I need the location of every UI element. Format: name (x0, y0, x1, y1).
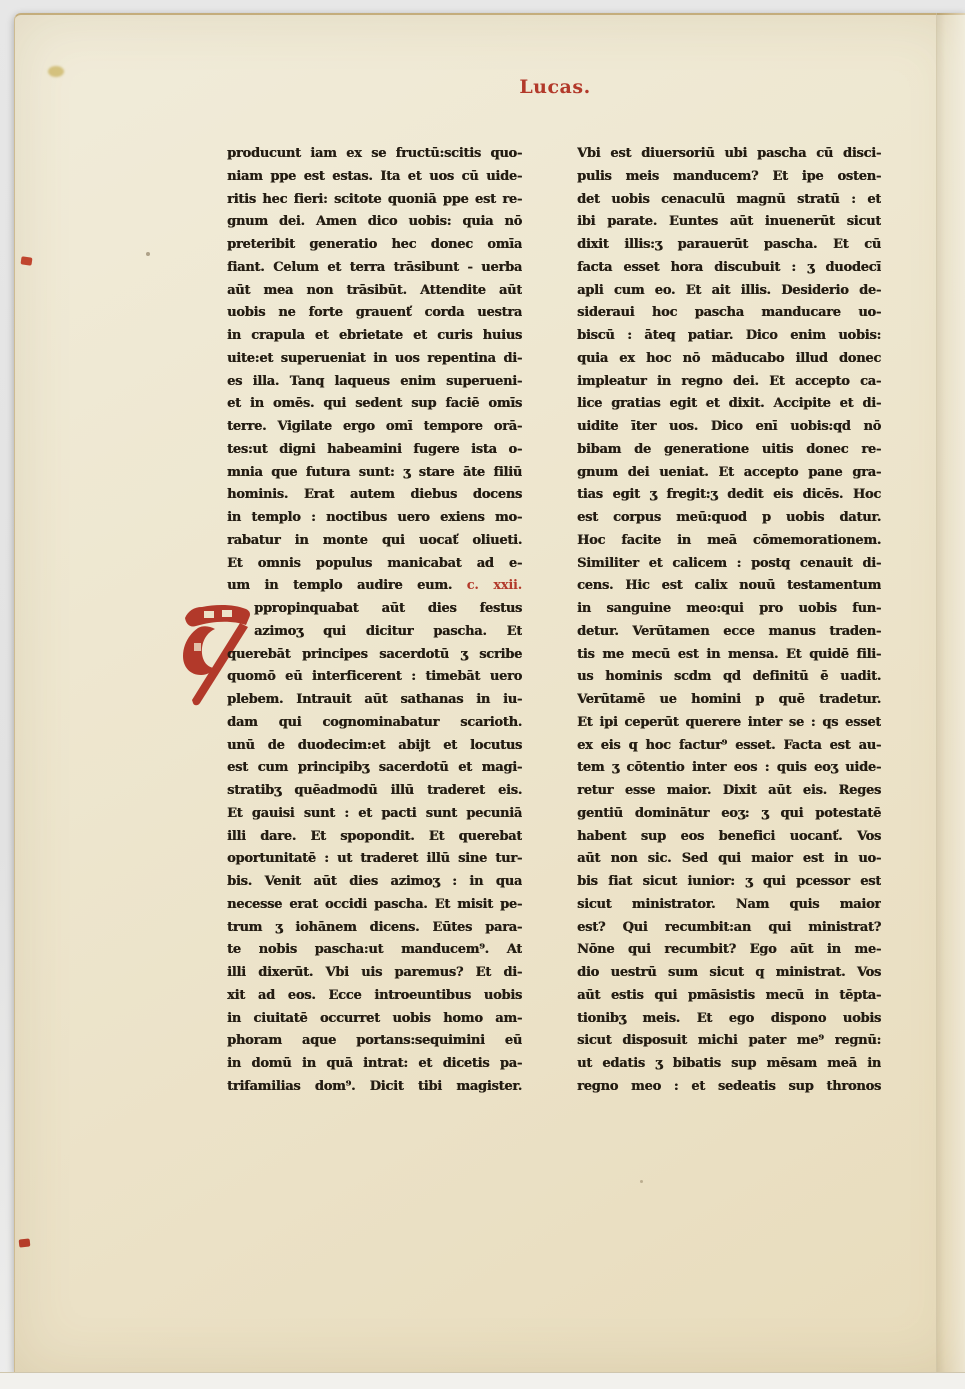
text-line: Et omnis populus manicabat ad e- (227, 553, 522, 576)
text-line: ex eis q hoc factur⁹ esset. Facta est au… (577, 735, 881, 758)
running-header-lucas: Lucas. (500, 76, 610, 98)
text-line: oportunitatē : ut traderet illū sine tur… (227, 848, 522, 871)
text-line: hominis. Erat autem diebus docens (227, 484, 522, 507)
text-line: uite:et superueniat in uos repentina di- (227, 348, 522, 371)
text-line: regno meo : et sedeatis sup thronos (577, 1076, 881, 1099)
text-column-right: Vbi est diuersoriū ubi pascha cū disci-p… (577, 143, 881, 1099)
text-line: et in omēs. qui sedent sup faciē omīs (227, 393, 522, 416)
text-line: dam qui cognominabatur scarioth. (227, 712, 522, 735)
chapter-marker: c. xxii. (452, 578, 522, 593)
text-line: in domū in quā intrat: et dicetis pa- (227, 1053, 522, 1076)
text-line: dio uestrū sum sicut q ministrat. Vos (577, 962, 881, 985)
foxing-speck (146, 252, 150, 256)
text-line: trifamilias dom⁹. Dicit tibi magister. (227, 1076, 522, 1099)
text-line: preteribit generatio hec donec omīa (227, 234, 522, 257)
text-line: tis me mecū est in mensa. Et quidē fili- (577, 644, 881, 667)
text-line: aūt estis qui pmāsistis mecū in tēpta- (577, 985, 881, 1008)
text-line: apli cum eo. Et ait illis. Desiderio de- (577, 280, 881, 303)
text-line: gnum dei ueniat. Et accepto pane gra- (577, 462, 881, 485)
text-line: in sanguine meo:qui pro uobis fun- (577, 598, 881, 621)
red-edge-mark-bottom (19, 1238, 31, 1247)
text-line: bis. Venit aūt dies azimoʒ : in qua (227, 871, 522, 894)
text-line: det uobis cenaculū magnū stratū : et (577, 189, 881, 212)
text-line: Verūtamē ue homini p quē tradetur. (577, 689, 881, 712)
text-line: Et ipi ceperūt querere inter se : qs ess… (577, 712, 881, 735)
text-line: Et gauisi sunt : et pacti sunt pecuniā (227, 803, 522, 826)
text-line: unū de duodecim:et abijt et locutus (227, 735, 522, 758)
text-line: cens. Hic est calix nouū testamentum (577, 575, 881, 598)
text-line: lice gratias egit et dixit. Accipite et … (577, 393, 881, 416)
text-line: azimoʒ qui dicitur pascha. Et (227, 621, 522, 644)
text-line: ut edatis ʒ bibatis sup mēsam meā in (577, 1053, 881, 1076)
text-line: fiant. Celum et terra trāsibunt - uerba (227, 257, 522, 280)
text-line: tias egit ʒ fregit:ʒ dedit eis dicēs. Ho… (577, 484, 881, 507)
text-line: Similiter et calicem : postq cenauit di- (577, 553, 881, 576)
text-line: necesse erat occidi pascha. Et misit pe- (227, 894, 522, 917)
text-line: quomō eū interficerent : timebāt uero (227, 666, 522, 689)
text-line: tes:ut digni habeamini fugere ista o- (227, 439, 522, 462)
text-line: Hoc facite in meā cōmemorationem. (577, 530, 881, 553)
text-line: uobis ne forte grauenť corda uestra (227, 302, 522, 325)
text-line: mnia que futura sunt: ʒ stare āte filiū (227, 462, 522, 485)
text-line: quia ex hoc nō māducabo illud donec (577, 348, 881, 371)
text-line: rabatur in monte qui uocať oliueti. (227, 530, 522, 553)
text-line: gentiū dominātur eoʒ: ʒ qui potestatē (577, 803, 881, 826)
text-line: est cum principibʒ sacerdotū et magi- (227, 757, 522, 780)
text-line: niam ppe est estas. Ita et uos cū uide- (227, 166, 522, 189)
text-line: retur esse maior. Dixit aūt eis. Reges (577, 780, 881, 803)
text-line: phoram aque portans:sequimini eū (227, 1030, 522, 1053)
text-line: in templo : noctibus uero exiens mo- (227, 507, 522, 530)
scan-backdrop: Lucas. A producunt iam ex se fructū:scit… (0, 0, 965, 1389)
text-line: aūt non sic. Sed qui maior est in uo- (577, 848, 881, 871)
text-line: impleatur in regno dei. Et accepto ca- (577, 371, 881, 394)
text-line: illi dare. Et spopondit. Et querebat (227, 826, 522, 849)
text-line: um in templo audire eum. c. xxii. (227, 575, 522, 598)
text-line: biscū : āteq patiar. Dico enim uobis: (577, 325, 881, 348)
text-line: gnum dei. Amen dico uobis: quia nō (227, 211, 522, 234)
text-line: es illa. Tanq laqueus enim superueni- (227, 371, 522, 394)
text-line: in ciuitatē occurret uobis homo am- (227, 1008, 522, 1031)
text-line: ritis hec fieri: scitote quoniā ppe est … (227, 189, 522, 212)
text-line: stratibʒ quēadmodū illū traderet eis. (227, 780, 522, 803)
page-right-edge (936, 13, 965, 1373)
text-column-left: producunt iam ex se fructū:scitis quo-ni… (227, 143, 522, 1099)
text-line: ibi parate. Euntes aūt inuenerūt sicut (577, 211, 881, 234)
text-line: habent sup eos benefici uocanť. Vos (577, 826, 881, 849)
text-line: producunt iam ex se fructū:scitis quo- (227, 143, 522, 166)
text-line: Nōne qui recumbit? Ego aūt in me- (577, 939, 881, 962)
text-line: Vbi est diuersoriū ubi pascha cū disci- (577, 143, 881, 166)
text-line: us hominis scdm qd definitū ē uadit. (577, 666, 881, 689)
text-line: xit ad eos. Ecce introeuntibus uobis (227, 985, 522, 1008)
text-line: facta esset hora discubuit : ʒ duodecī (577, 257, 881, 280)
text-line: detur. Verūtamen ecce manus traden- (577, 621, 881, 644)
text-line: pulis meis manducem? Et ipe osten- (577, 166, 881, 189)
text-line: est corpus meū:quod p uobis datur. (577, 507, 881, 530)
text-line: plebem. Intrauit aūt sathanas in iu- (227, 689, 522, 712)
text-line: sideraui hoc pascha manducare uo- (577, 302, 881, 325)
text-line: bis fiat sicut iunior: ʒ qui pcessor est (577, 871, 881, 894)
text-line: terre. Vigilate ergo omī tempore orā- (227, 416, 522, 439)
vellum-stain (48, 66, 64, 77)
backdrop-bottom-strip (0, 1372, 965, 1389)
text-line: in crapula et ebrietate et curis huius (227, 325, 522, 348)
text-line: aūt mea non trāsibūt. Attendite aūt (227, 280, 522, 303)
text-line: te nobis pascha:ut manducem⁹. At (227, 939, 522, 962)
text-line: tem ʒ cōtentio inter eos : quis eoʒ uide… (577, 757, 881, 780)
red-edge-mark-top (20, 256, 32, 265)
text-line: ppropinquabat aūt dies festus (227, 598, 522, 621)
text-line: tionibʒ meis. Et ego dispono uobis (577, 1008, 881, 1031)
text-line: est? Qui recumbit:an qui ministrat? (577, 917, 881, 940)
text-line: dixit illis:ʒ parauerūt pascha. Et cū (577, 234, 881, 257)
text-line: querebāt principes sacerdotū ʒ scribe (227, 644, 522, 667)
text-line: bibam de generatione uitis donec re- (577, 439, 881, 462)
text-line: sicut disposuit michi pater me⁹ regnū: (577, 1030, 881, 1053)
text-line: trum ʒ iohānem dicens. Eūtes para- (227, 917, 522, 940)
foxing-speck (640, 1180, 643, 1183)
text-line: sicut ministrator. Nam quis maior (577, 894, 881, 917)
text-line: illi dixerūt. Vbi uis paremus? Et di- (227, 962, 522, 985)
text-line: uidite īter uos. Dico enī uobis:qd nō (577, 416, 881, 439)
